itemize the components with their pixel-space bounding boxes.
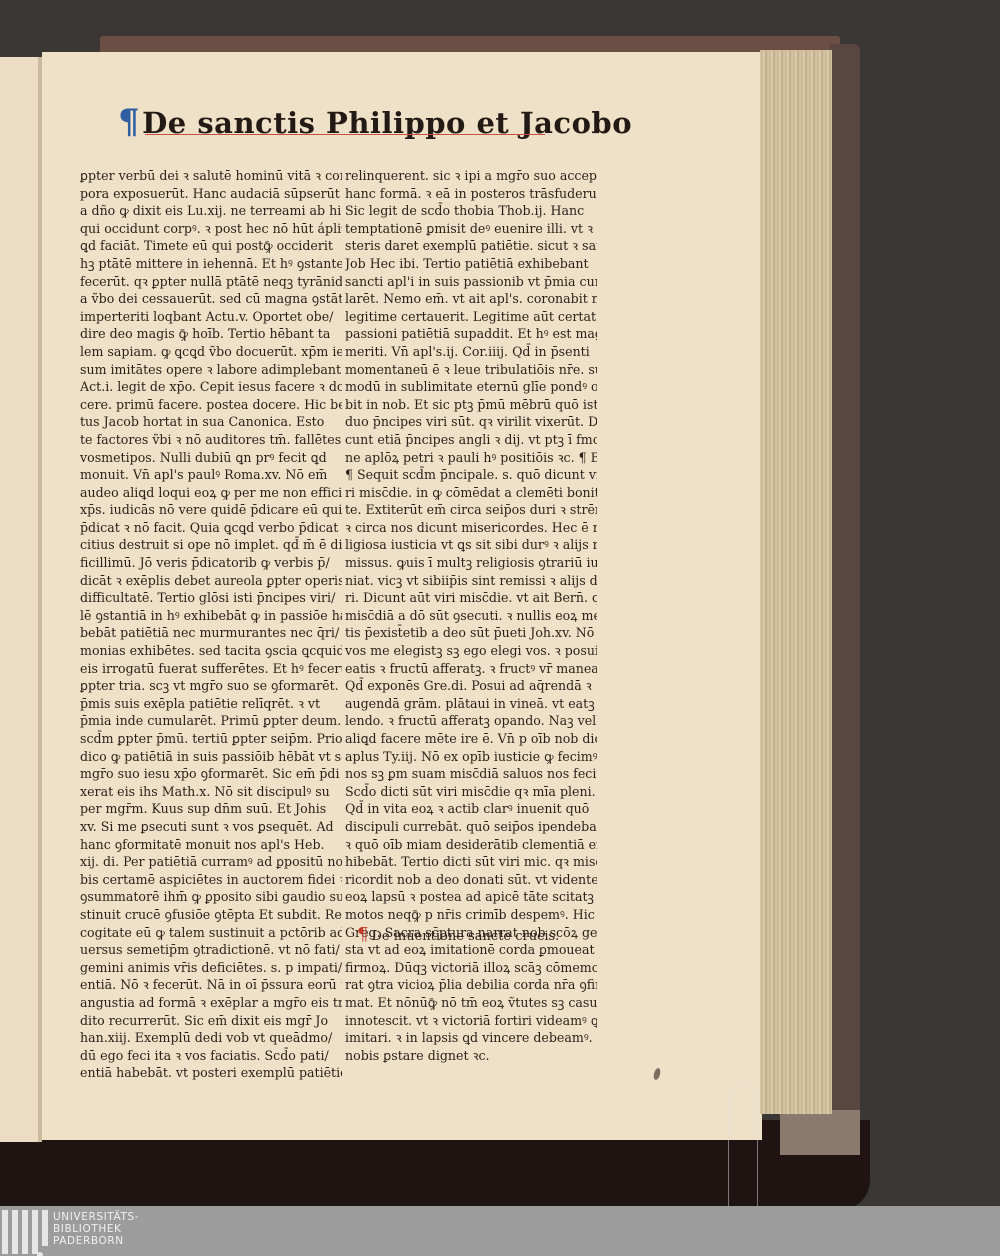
- text-line: audeo aliꝗd loqui eoꝝ ꝙ per me non effic…: [80, 484, 342, 502]
- text-line: steris daret exemplū patiētie. sicut ꝛ s…: [345, 237, 597, 255]
- text-line: momentaneū ē ꝛ leue tribulatiōis nr̄e. s…: [345, 361, 597, 379]
- text-line: imperteriti loqbant Actu.v. Oportet obe/: [80, 308, 342, 326]
- pilcrow-icon: ¶: [357, 924, 368, 945]
- text-line: bit in nob. Et sic ptꝫ p̄mū mēbrū quō is…: [345, 396, 597, 414]
- text-line: tus Jacob hortat in sua Canonica. Esto: [80, 413, 342, 431]
- logo-line-3: PADERBORN: [53, 1235, 139, 1247]
- text-line: ri misc̄die. in ꝙ cōmēdat a clemēti boni…: [345, 484, 597, 502]
- text-line: passioni patiētiā supaddit. Et hꝰ est ma…: [345, 325, 597, 343]
- library-footer-bar: UNIVERSITÄTS- BIBLIOTHEK PADERBORN: [0, 1206, 1000, 1256]
- text-line: te factores ṽbi ꝛ nō auditores tm̄. fall…: [80, 431, 342, 449]
- text-line: qui occidunt corpꝰ. ꝛ post hec nō hūt áp…: [80, 220, 342, 238]
- text-line: modū in sublimitate eternū glīe pondꝰ op…: [345, 378, 597, 396]
- text-line: ꝑpter verbū dei ꝛ salutē hominū vitā ꝛ c…: [80, 167, 342, 185]
- page-block-edges: [760, 50, 832, 1114]
- text-line: ꝛ quō oīb miam desiderātib clementiā ex: [345, 836, 597, 854]
- text-line: ꝯsummatorē ihm̄ ꝙ ꝑposito sibi gaudio su…: [80, 888, 342, 906]
- text-line: hanc formā. ꝛ eā in posteros trāsfuderun…: [345, 185, 597, 203]
- text-line: misc̄diā a dō sūt ꝯsecuti. ꝛ nullis eoꝝ …: [345, 607, 597, 625]
- text-line: difficultatē. Tertio glōsi isti p̄ncipes…: [80, 589, 342, 607]
- text-line: dū ego feci ita ꝛ vos faciatis. Scd̄o pa…: [80, 1047, 342, 1065]
- text-line: discipuli currebāt. quō seip̄os ipendeba…: [345, 818, 597, 836]
- text-line: aplus Ty.iij. Nō ex opīb iusticie ꝙ feci…: [345, 748, 597, 766]
- text-line: te. Extiterūt em̄ circa seip̄os duri ꝛ s…: [345, 501, 597, 519]
- heading-underline: [145, 134, 545, 135]
- text-line: niat. vicꝫ vt sibiip̄is sint remissi ꝛ a…: [345, 572, 597, 590]
- text-line: hanc ꝯformitatē monuit nos apl's Heb.: [80, 836, 342, 854]
- text-line: ligiosa iusticia vt ꝗs sit sibi durꝰ ꝛ a…: [345, 536, 597, 554]
- text-line: monias exhibētes. sed tacita ꝯscia ꝗcqui…: [80, 642, 342, 660]
- text-line: entiā habebāt. vt posteri exemplū patiēt…: [80, 1064, 342, 1082]
- text-line: ri. Dicunt aūt viri misc̄die. vt ait Ber…: [345, 589, 597, 607]
- text-line: p̄mis suis exēpla patiētie relīqrēt. ꝛ v…: [80, 695, 342, 713]
- book-cover-top-edge: [100, 36, 840, 52]
- text-line: vos me elegistꝫ sꝫ ego elegi vos. ꝛ posu…: [345, 642, 597, 660]
- text-column-left: ꝑpter verbū dei ꝛ salutē hominū vitā ꝛ c…: [80, 167, 342, 1082]
- text-line: xp̄s. iudicās nō vere quidē p̄dicare eū …: [80, 501, 342, 519]
- logo-line-1: UNIVERSITÄTS-: [53, 1211, 139, 1223]
- text-line: monuit. Vn̄ apl's paulꝰ Roma.xv. Nō em̄: [80, 466, 342, 484]
- text-line: larēt. Nemo em̄. vt ait apl's. coronabit…: [345, 290, 597, 308]
- text-line: dire deo magis ꝙ̄ hoīb. Tertio hēbant ta: [80, 325, 342, 343]
- text-line: innotescit. vt ꝛ victoriā fortiri videam…: [345, 1012, 597, 1030]
- text-line: hꝫ ptātē mittere in iehennā. Et hꝰ ꝯstan…: [80, 255, 342, 273]
- text-line: meriti. Vn̄ apl's.ij. Cor.iiij. Qd̄ in p…: [345, 343, 597, 361]
- text-line: bebāt patiētiā nec murmurantes nec q̄ri/: [80, 624, 342, 642]
- page-holder-clip: [728, 1083, 758, 1207]
- text-line: a dño ꝙ dixit eis Lu.xij. ne terreami ab…: [80, 202, 342, 220]
- book-cover-fore-edge: [830, 44, 860, 1154]
- text-line: lendo. ꝛ fructū afferatꝫ opando. Naꝫ vel…: [345, 712, 597, 730]
- text-line: ꝛ circa nos dicunt misericordes. Hec ē r…: [345, 519, 597, 537]
- text-line: uersus semetip̄m ꝯtradictionē. vt nō fat…: [80, 941, 342, 959]
- library-logo-text: UNIVERSITÄTS- BIBLIOTHEK PADERBORN: [53, 1211, 139, 1247]
- logo-dot-icon: [37, 1252, 43, 1256]
- logo-line-2: BIBLIOTHEK: [53, 1223, 139, 1235]
- text-line: eis irrogatū fuerat sufferētes. Et hꝰ fe…: [80, 660, 342, 678]
- library-logo-icon: [2, 1210, 48, 1254]
- text-line: citius destruit si ope nō implet. qd̄ m̄…: [80, 536, 342, 554]
- text-line: dico ꝙ patiētiā in suis passiōib hēbāt v…: [80, 748, 342, 766]
- text-line: tis p̄exist̄etib a deo sūt p̄ueti Joh.xv…: [345, 624, 597, 642]
- text-line: temptationē ꝑmisit deꝰ euenire illi. vt …: [345, 220, 597, 238]
- text-line: augendā grām. plātaui in vineā. vt eatꝫ …: [345, 695, 597, 713]
- text-line: mat. Et nōnūꝙ̄ nō tm̄ eoꝝ ṽtutes sꝫ casu…: [345, 994, 597, 1012]
- text-line: p̄dicat ꝛ nō facit. Quia ꝗcꝗd verbo p̄di…: [80, 519, 342, 537]
- chapter-heading: ¶De sanctis Philippo et Jacobo: [118, 102, 632, 142]
- next-chapter-heading: ¶De inuentione sancte crucis.: [357, 924, 559, 945]
- text-line: hibebāt. Tertio dicti sūt viri mic. qꝛ m…: [345, 853, 597, 871]
- text-line: Act.i. legit de xp̄o. Cepit iesus facere…: [80, 378, 342, 396]
- text-line: legitime certauerit. Legitime aūt certat…: [345, 308, 597, 326]
- text-line: ꝗd faciāt. Timete eū qui postꝙ̄ occideri…: [80, 237, 342, 255]
- text-line: cunt etiā p̄ncipes angli ꝛ dij. vt ptꝫ ī…: [345, 431, 597, 449]
- text-line: xerat eis ihs Math.x. Nō sit discipulꝰ s…: [80, 783, 342, 801]
- text-line: motos neqꝙ̄ p nr̄is crimīb despemꝰ. Hic: [345, 906, 597, 924]
- text-line: scd̄m ꝑpter p̄mū. tertiū ꝑpter seip̄m. P…: [80, 730, 342, 748]
- text-line: per mgr̄m. Kuus sup dn̄m suū. Et Johis: [80, 800, 342, 818]
- text-line: dito recurrerūt. Sic em̄ dixit eis mgr̄ …: [80, 1012, 342, 1030]
- text-line: firmoꝝ. Dūqꝫ victoriā illoꝝ scāꝫ cōmemo: [345, 959, 597, 977]
- text-line: eoꝝ lapsū ꝛ postea ad apicē tāte scitatꝫ…: [345, 888, 597, 906]
- text-line: fecerūt. qꝛ ꝑpter nullā ptātē neqꝫ tyrān…: [80, 273, 342, 291]
- text-line: rat ꝯtra vicioꝝ p̄lia debilia corda nr̄a…: [345, 976, 597, 994]
- left-page-edge: [0, 57, 40, 1142]
- text-line: ne aplōꝝ petri ꝛ pauli hꝰ positiōis ꝛc. …: [345, 449, 597, 467]
- pilcrow-icon: ¶: [118, 102, 140, 142]
- text-line: angustia ad formā ꝛ exēplar a mgr̄o eis …: [80, 994, 342, 1012]
- text-line: Qd̄ in vita eoꝝ ꝛ actib clarꝰ inuenit qu…: [345, 800, 597, 818]
- text-line: bis certamē aspiciētes in auctorem fidei…: [80, 871, 342, 889]
- text-line: entiā. Nō ꝛ fecerūt. Nā in oī p̄ssura eo…: [80, 976, 342, 994]
- text-line: a ṽbo dei cessauerūt. sed cū magna ꝯstāt…: [80, 290, 342, 308]
- text-line: mgr̄o suo iesu xp̄o ꝯformarēt. Sic em̄ p…: [80, 765, 342, 783]
- text-line: lem sapiam. ꝙ ꝗcꝗd ṽbo docuerūt. xp̄m ie…: [80, 343, 342, 361]
- text-line: xij. di. Per patiētiā curramꝰ ad ꝑpositū…: [80, 853, 342, 871]
- text-line: stinuit crucē ꝯfusiōe ꝯtēpta Et subdit. …: [80, 906, 342, 924]
- text-line: sancti apl'i in suis passionib vt p̄mia …: [345, 273, 597, 291]
- text-line: ricordit nob a deo donati sūt. vt vident…: [345, 871, 597, 889]
- text-line: sum imitātes opere ꝛ labore adimplebant: [80, 361, 342, 379]
- text-line: cogitate eū ꝙ talem sustinuit a pctōrib …: [80, 924, 342, 942]
- book-cover-corner: [780, 1110, 860, 1155]
- text-line: cere. primū facere. postea docere. Hic b…: [80, 396, 342, 414]
- text-line: ꝑpter tria. scꝫ vt mgr̄o suo se ꝯformarē…: [80, 677, 342, 695]
- text-line: missus. ꝙuis ī multꝫ religiosis ꝯtrariū …: [345, 554, 597, 572]
- text-line: xv. Si me ꝑsecuti sunt ꝛ vos ꝑsequēt. Ad: [80, 818, 342, 836]
- text-line: vosmetipos. Nulli dubiū ꝗn prꝰ fecit ꝗd: [80, 449, 342, 467]
- text-line: ficillimū. Jō veris p̄dicatorib ꝙ verbis…: [80, 554, 342, 572]
- text-line: Job Hec ibi. Tertio patiētiā exhibebant: [345, 255, 597, 273]
- text-line: pora exposuerūt. Hanc audaciā sūpserūt: [80, 185, 342, 203]
- text-line: relinquerent. sic ꝛ ipi a mgr̄o suo acce…: [345, 167, 597, 185]
- text-line: lē ꝯstantiā in hꝰ exhibebāt ꝙ in passiōe…: [80, 607, 342, 625]
- text-line: Qd̄ exponēs Gre.di. Posui ad aq̄rendā ꝛ: [345, 677, 597, 695]
- next-chapter-heading-text: De inuentione sancte crucis.: [371, 929, 559, 944]
- text-line: p̄mia inde cumularēt. Primū ꝑpter deum.: [80, 712, 342, 730]
- text-line: han.xiij. Exemplū dedi vob vt queādmo/: [80, 1029, 342, 1047]
- text-line: ¶ Sequit scd̄m p̄ncipale. s. quō dicunt …: [345, 466, 597, 484]
- text-line: nobis ꝑstare dignet ꝛc.: [345, 1047, 597, 1065]
- text-line: Sic legit de scd̄o thobia Thob.ij. Hanc: [345, 202, 597, 220]
- text-line: eatis ꝛ fructū afferatꝫ. ꝛ fructꝰ vr̄ ma…: [345, 660, 597, 678]
- text-line: nos sꝫ ꝑm suam misc̄diā saluos nos fecit…: [345, 765, 597, 783]
- text-line: imitari. ꝛ in lapsis ꝗd vincere debeamꝰ.…: [345, 1029, 597, 1047]
- text-line: dicāt ꝛ exēplis debet aureola ꝑpter oper…: [80, 572, 342, 590]
- text-line: duo p̄ncipes viri sūt. qꝛ virilit vixerū…: [345, 413, 597, 431]
- text-line: aliꝗd facere mēte ire ē. Vn̄ p oīb nob d…: [345, 730, 597, 748]
- text-line: Scd̄o dicti sūt viri misc̄die qꝛ mīa ple…: [345, 783, 597, 801]
- text-line: gemini animis vr̄is deficiētes. s. p imp…: [80, 959, 342, 977]
